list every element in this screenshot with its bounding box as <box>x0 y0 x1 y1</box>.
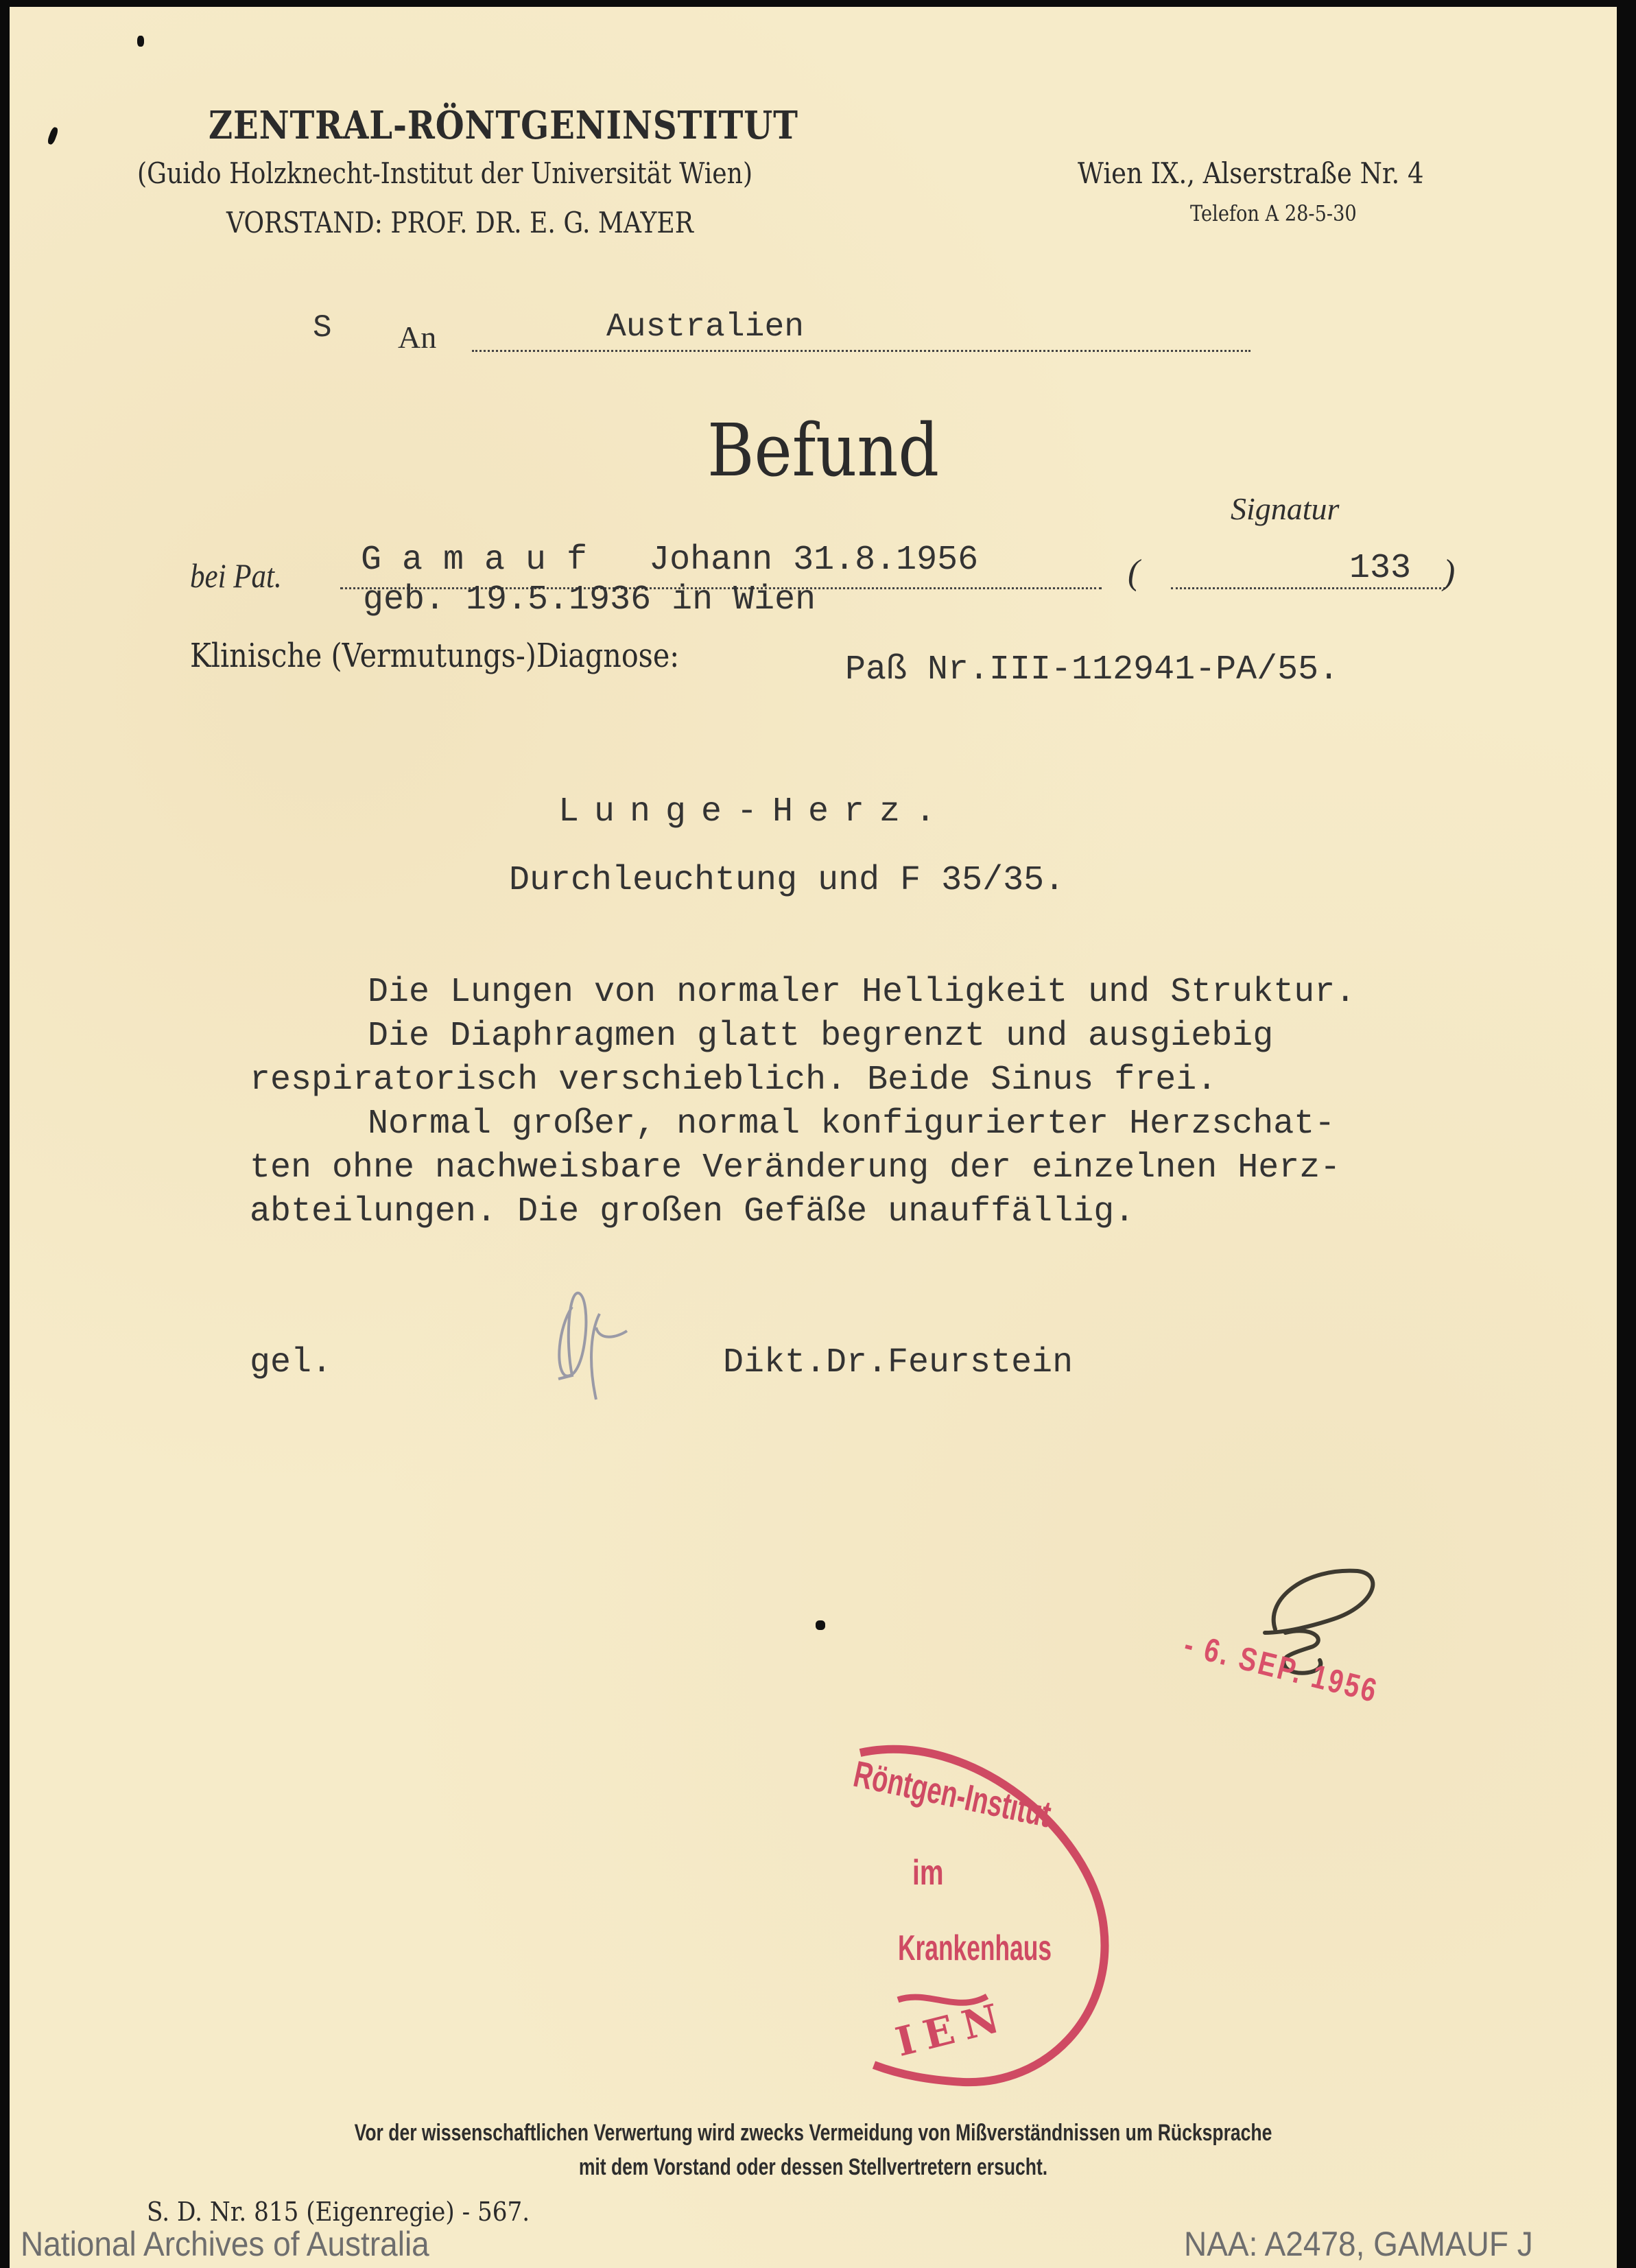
findings-line: Die Lungen von normaler Helligkeit und S… <box>250 971 1355 1015</box>
document-page: ZENTRAL-RÖNTGENINSTITUT (Guido Holzknech… <box>10 7 1617 2268</box>
institute-director: VORSTAND: PROF. DR. E. G. MAYER <box>226 206 693 239</box>
exam-region: Lunge-Herz. <box>558 792 951 831</box>
recipient-value: Australien <box>606 309 804 346</box>
institute-address: Wien IX., Alserstraße Nr. 4 <box>1078 156 1424 190</box>
patient-label: bei Pat. <box>190 556 282 595</box>
institute-subtitle: (Guido Holzknecht-Institut der Universit… <box>137 156 752 190</box>
patient-birth: geb. 19.5.1936 in Wien <box>363 580 816 619</box>
findings-line: Normal großer, normal konfigurierter Her… <box>250 1102 1355 1146</box>
institute-telephone: Telefon A 28-5-30 <box>1190 200 1357 226</box>
institute-name: ZENTRAL-RÖNTGENINSTITUT <box>209 103 798 148</box>
signatur-label: Signatur <box>1231 491 1339 527</box>
findings-line: abteilungen. Die großen Gefäße unauffäll… <box>250 1190 1355 1234</box>
seal-line-2: Krankenhaus <box>898 1928 1052 1969</box>
findings-text: Die Lungen von normaler Helligkeit und S… <box>250 971 1355 1234</box>
footer-notice-line-1: Vor der wissenschaftlichen Verwertung wi… <box>187 2120 1441 2147</box>
print-number: S. D. Nr. 815 (Eigenregie) - 567. <box>147 2197 530 2227</box>
patient-name: G a m a u f Johann 31.8.1956 <box>361 541 978 580</box>
recipient-mark: S <box>313 310 332 346</box>
pencil-initials-icon <box>517 1286 668 1403</box>
findings-line: Die Diaphragmen glatt begrenzt und ausgi… <box>250 1015 1355 1059</box>
signatur-close-paren: ) <box>1443 552 1455 593</box>
dictated-by: Dikt.Dr.Feurstein <box>723 1343 1073 1382</box>
ink-speck <box>816 1620 825 1630</box>
diagnosis-label: Klinische (Vermutungs-)Diagnose: <box>190 637 679 675</box>
exam-method: Durchleuchtung und F 35/35. <box>509 861 1065 900</box>
read-label: gel. <box>250 1343 332 1382</box>
recipient-label: An <box>398 319 436 355</box>
signatur-value: 133 <box>1349 549 1411 588</box>
signatur-open-paren: ( <box>1128 552 1139 593</box>
ink-speck <box>137 36 144 47</box>
findings-line: respiratorisch verschieblich. Beide Sinu… <box>250 1059 1355 1102</box>
seal-line-1: im <box>912 1852 944 1893</box>
archive-label-left: National Archives of Australia <box>21 2224 429 2264</box>
ink-speck <box>47 126 59 145</box>
archive-label-right: NAA: A2478, GAMAUF J <box>1184 2224 1533 2264</box>
recipient-dotted-line <box>472 350 1250 352</box>
diagnosis-value: Paß Nr.III-112941-PA/55. <box>845 650 1339 689</box>
document-title: Befund <box>707 408 939 493</box>
footer-notice-line-2: mit dem Vorstand oder dessen Stellvertre… <box>187 2154 1441 2181</box>
findings-line: ten ohne nachweisbare Veränderung der ei… <box>250 1146 1355 1190</box>
